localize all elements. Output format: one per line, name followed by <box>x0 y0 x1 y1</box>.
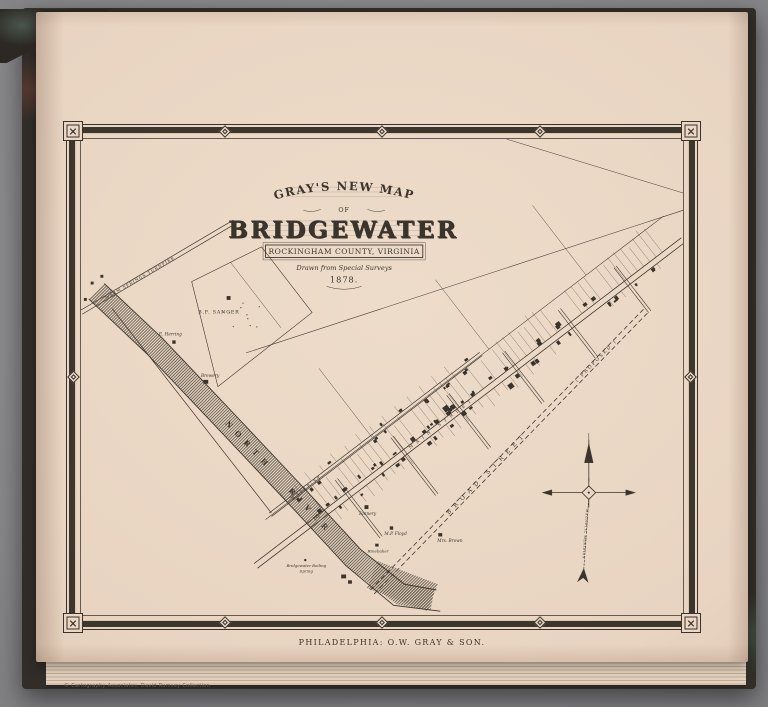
cross-street <box>338 478 383 536</box>
orchard-dot <box>256 326 257 327</box>
lot-line <box>540 310 557 332</box>
house-marker <box>227 296 231 300</box>
lot-line <box>525 315 545 341</box>
orchard-dot <box>246 314 247 315</box>
building-marker <box>443 387 446 390</box>
lot-line <box>397 417 415 440</box>
frame-corner-ornament: × <box>63 121 83 141</box>
lot-line <box>355 434 361 442</box>
lot-line <box>341 459 359 483</box>
lot-line <box>657 264 661 269</box>
lot-line <box>407 397 412 403</box>
lot-line <box>496 342 514 365</box>
building-marker <box>357 475 361 480</box>
building-marker <box>488 376 493 381</box>
lot-line <box>604 265 619 285</box>
building-marker <box>373 463 377 467</box>
house-marker <box>203 380 208 384</box>
building-marker <box>401 457 406 462</box>
label-broad-street: BROAD STREET <box>446 431 529 516</box>
lot-line <box>578 283 594 304</box>
orchard-dot <box>247 318 248 319</box>
lot-line <box>444 367 450 374</box>
building-marker <box>309 487 314 492</box>
lot-line <box>394 406 399 413</box>
lot-line <box>532 312 551 337</box>
lot-line <box>367 442 384 464</box>
lot-line <box>357 454 372 473</box>
label-tannery: Tannery <box>359 512 377 517</box>
lot-line <box>382 416 387 422</box>
building-marker <box>395 463 400 468</box>
lot-line <box>369 426 373 432</box>
house-marker <box>365 505 369 509</box>
lot-line <box>445 378 464 403</box>
lot-line <box>584 277 601 299</box>
lot-line <box>394 426 409 445</box>
label-spring-2: Spring <box>300 569 314 574</box>
title-survey: Drawn from Special Surveys <box>295 264 392 272</box>
lot-line <box>502 337 520 360</box>
building-marker <box>427 441 433 447</box>
orchard-dot <box>250 325 251 326</box>
building-marker <box>338 505 342 509</box>
lot-line <box>429 394 446 417</box>
label-brown: Mrs. Brown <box>436 539 463 544</box>
lot-line <box>518 332 533 351</box>
building-marker <box>582 302 587 307</box>
label-spring-1: Bridgewater Boiling <box>285 563 326 568</box>
building-marker <box>507 382 514 389</box>
lot-line <box>330 454 336 461</box>
lot-line <box>338 467 354 488</box>
lot-line <box>371 434 390 459</box>
lot-line <box>359 492 367 502</box>
title-of: OF <box>338 207 349 214</box>
lot-line <box>621 249 638 271</box>
north-river: NORTH RIVER <box>89 284 440 612</box>
publisher-imprint: PHILADELPHIA: O.W. GRAY & SON. <box>36 638 748 647</box>
label-herring: E. Herring <box>158 333 182 338</box>
building-marker <box>515 373 521 379</box>
building-marker <box>379 423 383 427</box>
mill-marker <box>348 580 352 583</box>
building-marker <box>360 493 363 496</box>
building-marker <box>556 340 561 345</box>
lot-line <box>375 480 383 491</box>
compass-rose: MAGNETIC MERIDIAN <box>542 433 635 583</box>
label-rinebaker: Rinebaker <box>367 548 390 553</box>
lot-line <box>438 431 443 437</box>
lot-line <box>335 510 342 519</box>
orchard-dot <box>259 306 260 307</box>
lot-line <box>596 268 613 290</box>
map-border-frame: × × × × <box>66 124 698 630</box>
lot-line <box>492 349 508 369</box>
title-flourish-right <box>367 209 384 211</box>
lot-line <box>454 419 461 428</box>
lot-line <box>613 252 631 275</box>
label-magnetic-meridian: MAGNETIC MERIDIAN <box>582 509 590 560</box>
lot-line <box>390 467 395 473</box>
year-flourish <box>327 286 362 289</box>
spring-marker <box>304 559 306 561</box>
building-marker <box>430 423 433 426</box>
lot-line <box>320 466 324 471</box>
lot-line <box>608 258 625 280</box>
lot-line <box>550 346 556 354</box>
magnetic-needle: MAGNETIC MERIDIAN <box>578 499 594 582</box>
lot-line <box>524 327 539 346</box>
building-marker <box>450 424 455 429</box>
label-turnpike: WARM SPRINGS TURNPIKE <box>104 255 175 300</box>
house-marker <box>390 526 393 529</box>
house-marker <box>375 544 378 547</box>
lot-line <box>486 395 495 406</box>
lot-line <box>467 368 483 389</box>
lot-line <box>636 231 656 257</box>
title-year: 1878. <box>330 275 358 285</box>
frame-corner-ornament: × <box>681 121 701 141</box>
lot-line <box>345 446 349 451</box>
label-sanger: B.F. SANGER <box>198 309 239 315</box>
lot-line <box>481 360 495 379</box>
mill-marker <box>341 575 346 579</box>
lot-line <box>410 408 427 430</box>
title-name: BRIDGEWATER <box>229 218 459 245</box>
frame-corner-ornament: × <box>681 613 701 633</box>
lot-line <box>564 291 581 313</box>
title-flourish-left <box>303 209 320 211</box>
building-marker <box>327 461 331 465</box>
lot-line <box>451 372 471 397</box>
building-marker <box>433 436 438 441</box>
title-kicker: GRAY'S NEW MAP <box>272 179 416 202</box>
lot-line <box>343 504 348 511</box>
building-marker <box>426 425 430 429</box>
frame-corner-ornament: × <box>63 613 83 633</box>
lot-line <box>632 239 649 261</box>
lot-line <box>367 486 375 496</box>
house-marker <box>100 275 103 278</box>
building-marker <box>371 467 375 471</box>
lot-line <box>478 401 483 408</box>
building-marker <box>568 332 572 337</box>
lot-line <box>418 406 434 426</box>
lot-line <box>431 376 437 383</box>
building-marker <box>334 496 338 500</box>
label-brewery: Brewery <box>200 374 220 379</box>
lot-line <box>419 386 425 393</box>
collection-credit: © Cartography Associates, David Rumsey C… <box>64 683 210 689</box>
atlas-page: × × × × <box>36 12 748 662</box>
label-proposed: ( PROPOSED ) <box>574 337 619 383</box>
lot-line <box>644 229 662 252</box>
lot-line <box>305 472 311 480</box>
building-marker <box>591 296 597 301</box>
lot-line <box>406 455 413 464</box>
label-floyd: M.P. Floyd <box>383 532 407 537</box>
title-block: GRAY'S NEW MAP OF BRIDGEWATER BRIDGEWATE… <box>228 179 459 289</box>
house-marker <box>172 340 175 343</box>
house-marker <box>84 298 87 301</box>
orchard-dot <box>242 302 243 303</box>
house-marker <box>438 533 442 536</box>
river-label-north: NORTH <box>224 419 275 472</box>
photographed-atlas-page: { "page": { "credit": "© Cartography Ass… <box>0 0 768 707</box>
map-canvas: NORTH RIVER <box>81 139 683 615</box>
lot-line <box>508 332 526 355</box>
lot-line <box>383 424 403 450</box>
orchard-dot <box>240 307 241 308</box>
label-main-street: MAIN STREET <box>408 397 476 450</box>
building-marker <box>634 283 637 287</box>
town-map: NORTH RIVER <box>81 139 683 615</box>
lot-line <box>494 389 500 396</box>
lot-line <box>502 382 508 390</box>
orchard-dot <box>233 326 234 327</box>
cross-street <box>505 351 544 402</box>
lot-line <box>349 457 365 478</box>
lot-line <box>621 291 625 297</box>
house-marker <box>91 282 94 285</box>
title-county: ROCKINGHAM COUNTY, VIRGINIA <box>268 247 419 256</box>
